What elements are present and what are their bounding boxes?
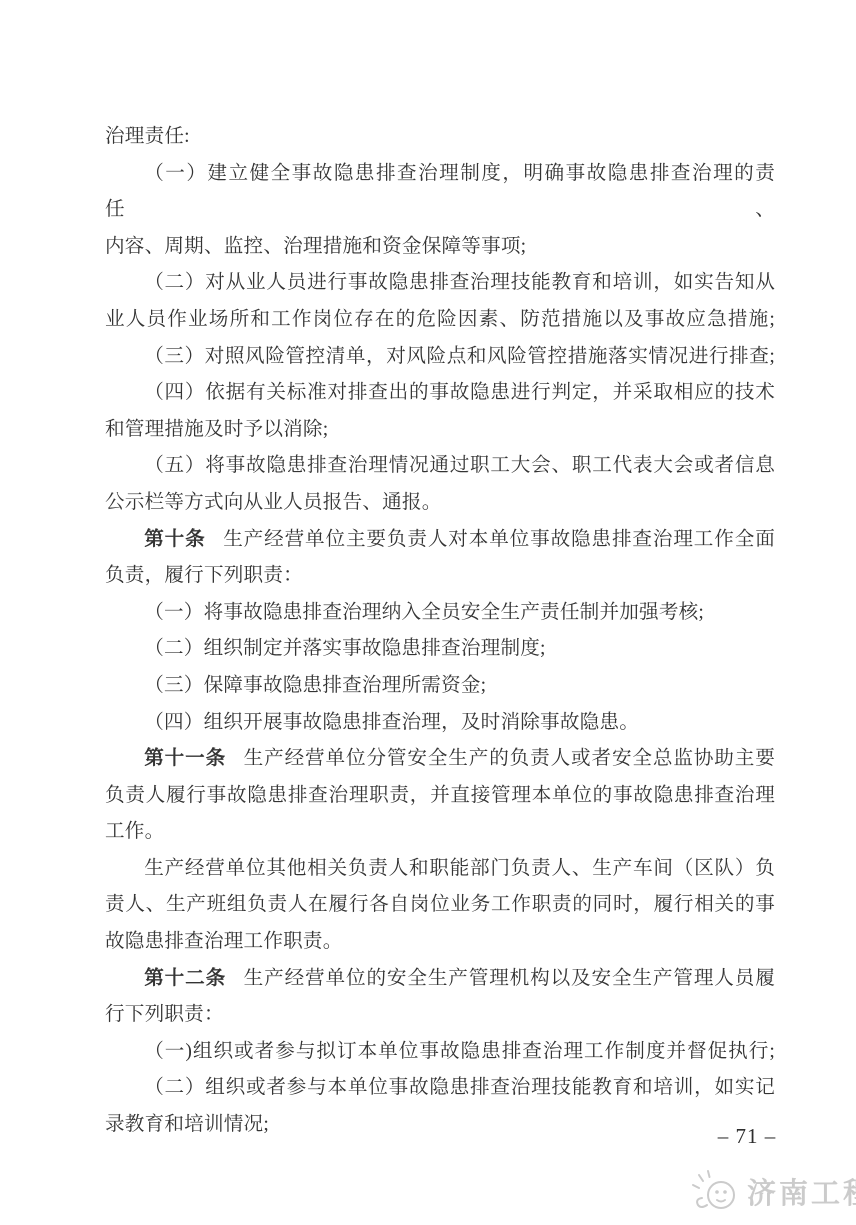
text-line: （三）保障事故隐患排查治理所需资金; — [105, 668, 775, 705]
text-line: （一)组织或者参与拟订本单位事故隐患排查治理工作制度并督促执行; — [105, 1034, 775, 1071]
document-body-text: 治理责任: （一）建立健全事故隐患排查治理制度，明确事故隐患排查治理的责任、 内… — [105, 119, 775, 1144]
watermark: 济南工程 — [690, 1168, 856, 1214]
article-11-line: 第十一条生产经营单位分管安全生产的负责人或者安全总监协助主要 — [105, 741, 775, 778]
text-line: 业人员作业场所和工作岗位存在的危险因素、防范措施以及事故应急措施; — [105, 302, 775, 339]
text-line: 内容、周期、监控、治理措施和资金保障等事项; — [105, 229, 775, 266]
text-line: （五）将事故隐患排查治理情况通过职工大会、职工代表大会或者信息 — [105, 448, 775, 485]
text-line: （四）依据有关标准对排查出的事故隐患进行判定，并采取相应的技术 — [105, 375, 775, 412]
text-line: 责人、生产班组负责人在履行各自岗位业务工作职责的同时，履行相关的事 — [105, 887, 775, 924]
article-10-number: 第十条 — [144, 529, 205, 550]
text-line: 负责，履行下列职责： — [105, 558, 775, 595]
watermark-text: 济南工程 — [747, 1171, 856, 1212]
text-line: 和管理措施及时予以消除; — [105, 412, 775, 449]
text-line: （二）对从业人员进行事故隐患排查治理技能教育和培训，如实告知从 — [105, 265, 775, 302]
text-line: 公示栏等方式向从业人员报告、通报。 — [105, 485, 775, 522]
article-10-text: 生产经营单位主要负责人对本单位事故隐患排查治理工作全面 — [223, 529, 775, 550]
text-line: 故隐患排查治理工作职责。 — [105, 924, 775, 961]
text-line: （三）对照风险管控清单，对风险点和风险管控措施落实情况进行排查; — [105, 339, 775, 376]
text-line: （二）组织或者参与本单位事故隐患排查治理技能教育和培训，如实记 — [105, 1070, 775, 1107]
text-line: 工作。 — [105, 814, 775, 851]
text-line: （一）建立健全事故隐患排查治理制度，明确事故隐患排查治理的责任、 — [105, 156, 775, 229]
article-12-number: 第十二条 — [144, 968, 226, 989]
text-line: （一）将事故隐患排查治理纳入全员安全生产责任制并加强考核; — [105, 595, 775, 632]
text-line: 负责人履行事故隐患排查治理职责，并直接管理本单位的事故隐患排查治理 — [105, 778, 775, 815]
mascot-icon — [690, 1168, 742, 1214]
article-12-text: 生产经营单位的安全生产管理机构以及安全生产管理人员履 — [244, 968, 775, 989]
page-number: – 71 – — [702, 1124, 792, 1149]
text-line: （四）组织开展事故隐患排查治理，及时消除事故隐患。 — [105, 705, 775, 742]
article-12-line: 第十二条生产经营单位的安全生产管理机构以及安全生产管理人员履 — [105, 961, 775, 998]
text-line: 生产经营单位其他相关负责人和职能部门负责人、生产车间（区队）负 — [105, 851, 775, 888]
text-line: （二）组织制定并落实事故隐患排查治理制度; — [105, 631, 775, 668]
text-line: 行下列职责： — [105, 997, 775, 1034]
document-page: 治理责任: （一）建立健全事故隐患排查治理制度，明确事故隐患排查治理的责任、 内… — [0, 0, 856, 1225]
article-11-text: 生产经营单位分管安全生产的负责人或者安全总监协助主要 — [244, 748, 775, 769]
article-11-number: 第十一条 — [144, 748, 226, 769]
text-line: 录教育和培训情况; — [105, 1107, 775, 1144]
article-10-line: 第十条生产经营单位主要负责人对本单位事故隐患排查治理工作全面 — [105, 522, 775, 559]
text-line: 治理责任: — [105, 119, 775, 156]
